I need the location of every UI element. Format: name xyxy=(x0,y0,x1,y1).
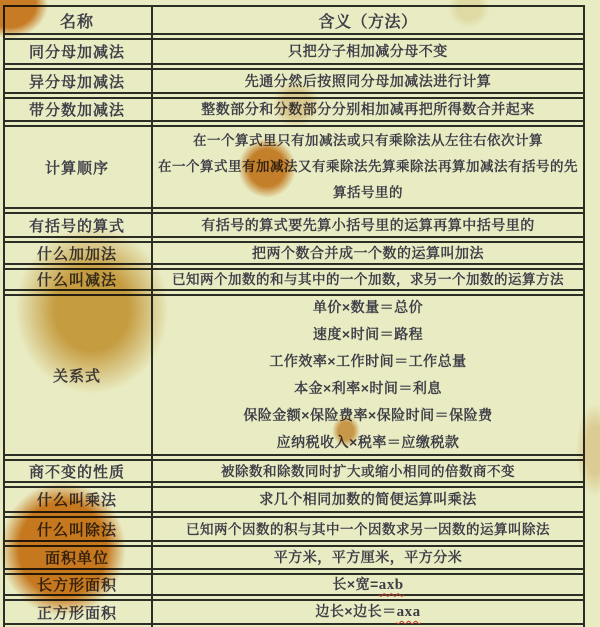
meaning-line: 应纳税收入×税率＝应缴税款 xyxy=(277,429,460,456)
meaning-line: 有括号的算式要先算小括号里的运算再算中括号里的 xyxy=(201,212,535,239)
formula-variable: axa xyxy=(397,604,421,620)
header-meaning: 含义（方法） xyxy=(151,7,585,33)
row-meaning: 在一个算式里只有加减法或只有乘除法从左往右依次计算 在一个算式里有加减法又有乘除… xyxy=(151,127,585,207)
meaning-line: 被除数和除数同时扩大或缩小相同的倍数商不变 xyxy=(221,458,515,485)
row-label: 同分母加减法 xyxy=(3,40,151,63)
table-right-border xyxy=(583,5,585,627)
meaning-line: 在一个算式里只有加减法或只有乘除法从左往右依次计算 xyxy=(193,128,543,154)
table-row: 长方形面积 长×宽=axb xyxy=(3,573,585,596)
row-label: 计算顺序 xyxy=(3,127,151,207)
table-row: 什么叫乘法 求几个相同加数的简便运算叫乘法 xyxy=(3,486,585,513)
formula-line: 边长×边长＝axa xyxy=(315,598,420,626)
meaning-line: 速度×时间＝路程 xyxy=(313,321,423,348)
row-label: 什么叫乘法 xyxy=(3,488,151,511)
row-label: 商不变的性质 xyxy=(3,461,151,481)
table-row: 面积单位 平方米，平方厘米，平方分米 xyxy=(3,545,585,570)
table-row: 计算顺序 在一个算式里只有加减法或只有乘除法从左往右依次计算 在一个算式里有加减… xyxy=(3,125,585,209)
meaning-line: 本金×利率×时间＝利息 xyxy=(294,375,442,402)
formula-prefix: 长×宽= xyxy=(332,576,378,592)
table-row: 商不变的性质 被除数和除数同时扩大或缩小相同的倍数商不变 xyxy=(3,459,585,483)
row-meaning: 边长×边长＝axa xyxy=(151,601,585,623)
header-name: 名称 xyxy=(3,7,151,33)
row-label: 长方形面积 xyxy=(3,575,151,594)
table-row: 有括号的算式 有括号的算式要先算小括号里的运算再算中括号里的 xyxy=(3,212,585,238)
row-meaning: 整数部分和分数部分分别相加减再把所得数合并起来 xyxy=(151,99,585,120)
row-label: 面积单位 xyxy=(3,547,151,568)
row-meaning: 已知两个因数的积与其中一个因数求另一因数的运算叫除法 xyxy=(151,518,585,540)
math-worksheet: 名称 含义（方法） 同分母加减法 只把分子相加减分母不变 异分母加减法 先通分然… xyxy=(0,0,600,627)
formula-variable: axb xyxy=(379,577,404,593)
row-meaning: 被除数和除数同时扩大或缩小相同的倍数商不变 xyxy=(151,461,585,481)
table-row: 什么叫除法 已知两个因数的积与其中一个因数求另一因数的运算叫除法 xyxy=(3,516,585,542)
meaning-line: 先通分然后按照同分母加减法进行计算 xyxy=(245,68,492,95)
meaning-line: 工作效率×工作时间＝工作总量 xyxy=(269,348,466,375)
meaning-line: 只把分子相加减分母不变 xyxy=(288,38,448,65)
row-meaning: 求几个相同加数的简便运算叫乘法 xyxy=(151,488,585,511)
table-row: 同分母加减法 只把分子相加减分母不变 xyxy=(3,38,585,65)
row-label: 什么叫除法 xyxy=(3,518,151,540)
meaning-line: 把两个数合并成一个数的运算叫加法 xyxy=(252,240,484,267)
table-row: 关系式 单价×数量＝总价 速度×时间＝路程 工作效率×工作时间＝工作总量 本金×… xyxy=(3,294,585,456)
math-formula-table: 名称 含义（方法） 同分母加减法 只把分子相加减分母不变 异分母加减法 先通分然… xyxy=(3,5,585,625)
meaning-line: 单价×数量＝总价 xyxy=(313,294,423,321)
row-meaning: 先通分然后按照同分母加减法进行计算 xyxy=(151,70,585,92)
row-label: 关系式 xyxy=(3,296,151,454)
row-meaning: 有括号的算式要先算小括号里的运算再算中括号里的 xyxy=(151,214,585,236)
table-row: 带分数加减法 整数部分和分数部分分别相加减再把所得数合并起来 xyxy=(3,97,585,122)
row-label: 带分数加减法 xyxy=(3,99,151,120)
table-header-row: 名称 含义（方法） xyxy=(3,5,585,35)
meaning-line: 已知两个加数的和与其中的一个加数，求另一个加数的运算方法 xyxy=(172,266,564,293)
meaning-line: 平方米，平方厘米，平方分米 xyxy=(274,544,463,571)
meaning-line: 算括号里的 xyxy=(333,180,403,206)
meaning-line: 在一个算式里有加减法又有乘除法先算乘除法再算加减法有括号的先 xyxy=(158,154,578,180)
row-meaning: 长×宽=axb xyxy=(151,575,585,594)
meaning-line: 整数部分和分数部分分别相加减再把所得数合并起来 xyxy=(201,96,535,123)
row-label: 异分母加减法 xyxy=(3,70,151,92)
table-row: 正方形面积 边长×边长＝axa xyxy=(3,599,585,625)
row-meaning: 单价×数量＝总价 速度×时间＝路程 工作效率×工作时间＝工作总量 本金×利率×时… xyxy=(151,296,585,454)
table-row: 什么加加法 把两个数合并成一个数的运算叫加法 xyxy=(3,241,585,265)
meaning-line: 求几个相同加数的简便运算叫乘法 xyxy=(259,486,477,513)
meaning-line: 已知两个因数的积与其中一个因数求另一因数的运算叫除法 xyxy=(186,516,550,543)
formula-line: 长×宽=axb xyxy=(332,571,403,599)
row-meaning: 把两个数合并成一个数的运算叫加法 xyxy=(151,243,585,263)
row-meaning: 只把分子相加减分母不变 xyxy=(151,40,585,63)
table-row: 异分母加减法 先通分然后按照同分母加减法进行计算 xyxy=(3,68,585,94)
table-left-border xyxy=(3,5,5,627)
row-meaning: 已知两个加数的和与其中的一个加数，求另一个加数的运算方法 xyxy=(151,270,585,289)
formula-prefix: 边长×边长＝ xyxy=(315,603,396,619)
table-row: 什么叫减法 已知两个加数的和与其中的一个加数，求另一个加数的运算方法 xyxy=(3,268,585,291)
column-divider-line xyxy=(151,5,153,627)
row-meaning: 平方米，平方厘米，平方分米 xyxy=(151,547,585,568)
row-label: 正方形面积 xyxy=(3,601,151,623)
meaning-line: 保险金额×保险费率×保险时间＝保险费 xyxy=(243,402,492,429)
row-label: 有括号的算式 xyxy=(3,214,151,236)
row-label: 什么加加法 xyxy=(3,243,151,263)
row-label: 什么叫减法 xyxy=(3,270,151,289)
